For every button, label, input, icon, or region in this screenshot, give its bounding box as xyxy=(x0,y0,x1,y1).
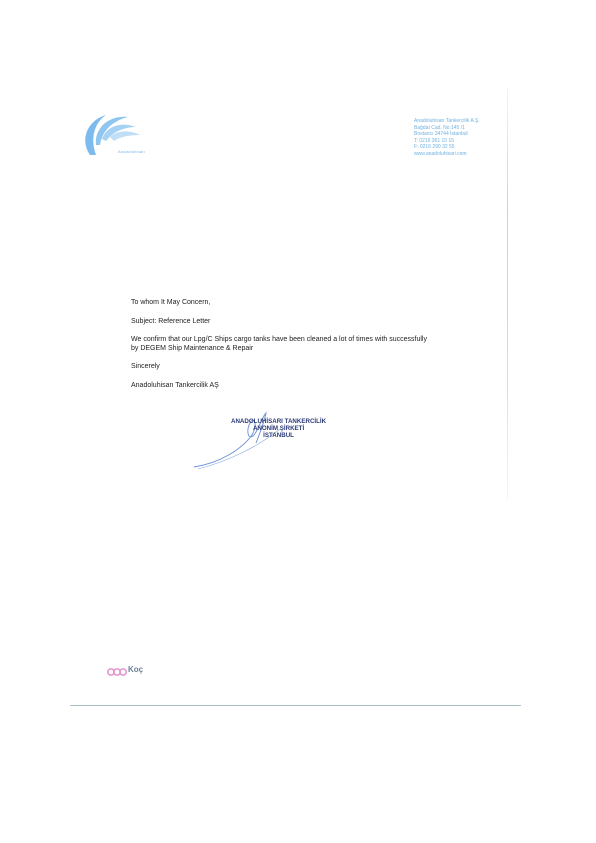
company-logo-icon xyxy=(72,105,152,165)
letter-page: Anadoluhisarı Anadoluhisarı Tankercilik … xyxy=(0,0,596,843)
signatory: Anadoluhisan Tankercilik AŞ xyxy=(131,381,219,390)
stamp-line: İSTANBUL xyxy=(231,432,326,439)
signature-icon xyxy=(190,405,350,480)
body-line: We confirm that our Lpg/C Ships cargo ta… xyxy=(131,335,461,344)
margin-rule xyxy=(507,88,508,500)
salutation: To whom It May Concern, xyxy=(131,298,210,307)
footer-rule xyxy=(70,705,521,706)
logo-caption: Anadoluhisarı xyxy=(118,149,145,154)
letterhead-address: Anadoluhisarı Tankercilik A.Ş. Bağdat Ca… xyxy=(414,118,480,157)
footer-brand: Koç xyxy=(128,665,143,674)
company-stamp: ANADOLUHİSARI TANKERCİLİK ANONİM ŞİRKETİ… xyxy=(231,418,326,439)
body-paragraph: We confirm that our Lpg/C Ships cargo ta… xyxy=(131,335,461,353)
subject-line: Subject: Reference Letter xyxy=(131,317,210,326)
closing: Sincerely xyxy=(131,362,160,371)
stamp-line: ANONİM ŞİRKETİ xyxy=(231,425,326,432)
address-line: Anadoluhisarı Tankercilik A.Ş. xyxy=(414,118,480,125)
body-line: by DEGEM Ship Maintenance & Repair xyxy=(131,344,461,353)
address-line: www.anadoluhisari.com xyxy=(414,151,480,158)
stamp-line: ANADOLUHİSARI TANKERCİLİK xyxy=(231,418,326,425)
